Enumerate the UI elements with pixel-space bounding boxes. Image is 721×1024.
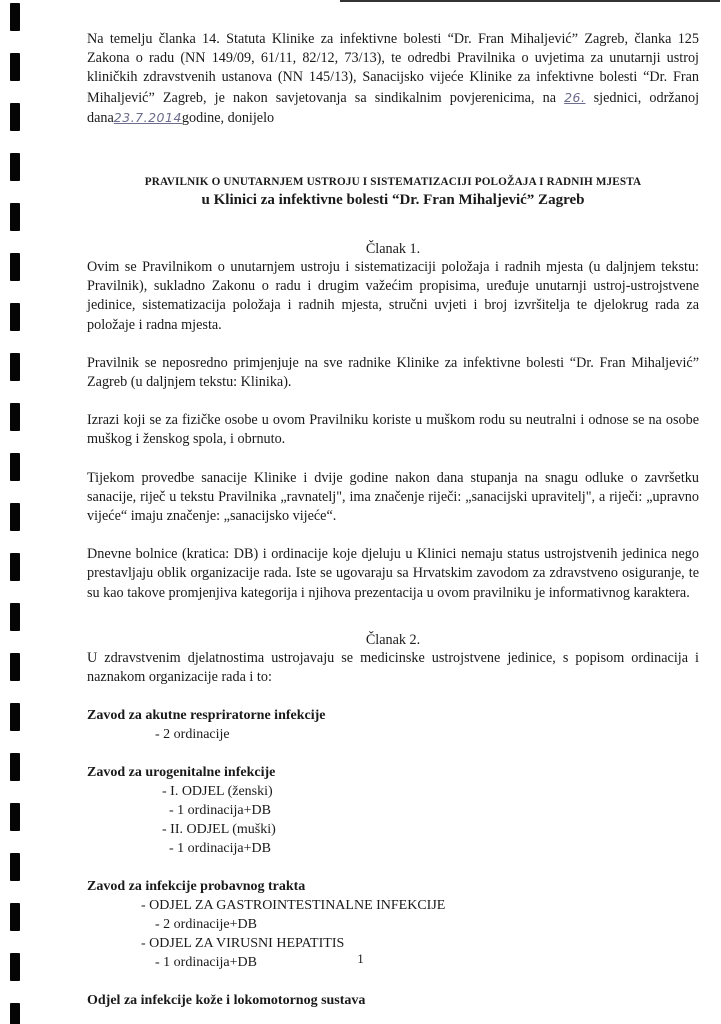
unit-name: Zavod za infekcije probavnog trakta [87,877,699,896]
preamble: Na temelju članka 14. Statuta Klinike za… [87,30,699,128]
binding-mark [10,153,20,181]
binding-mark [10,453,20,481]
binding-mark [10,803,20,831]
article-2-title: Članak 2. [87,631,699,649]
article-1-paragraph: Pravilnik se neposredno primjenjuje na s… [87,354,699,392]
binding-mark [10,253,20,281]
binding-mark [10,753,20,781]
article-1-paragraph: Tijekom provedbe sanacije Klinike i dvij… [87,469,699,527]
unit-detail: - 1 ordinacija+DB [87,801,699,820]
binding-mark [10,353,20,381]
unit-detail: - 1 ordinacija+DB [87,839,699,858]
article-1-title: Članak 1. [87,240,699,258]
unit-block: Zavod za akutne respriratorne infekcije-… [87,706,699,744]
unit-block: Zavod za urogenitalne infekcije- I. ODJE… [87,763,699,858]
unit-name: Odjel za infekcije kože i lokomotornog s… [87,991,699,1010]
preamble-text-3: godine, donijelo [182,110,274,126]
binding-mark [10,503,20,531]
article-1-paragraph: Izrazi koji se za fizičke osobe u ovom P… [87,411,699,449]
unit-detail: - ODJEL ZA GASTROINTESTINALNE INFEKCIJE [87,896,699,915]
binding-marks [0,0,30,1024]
document-page: Na temelju članka 14. Statuta Klinike za… [87,30,699,1010]
handwritten-session-number: 26. [564,90,585,105]
binding-mark [10,903,20,931]
unit-block: Odjel za infekcije kože i lokomotornog s… [87,991,699,1010]
binding-mark [10,203,20,231]
unit-detail: - II. ODJEL (muški) [87,820,699,839]
unit-name: Zavod za akutne respriratorne infekcije [87,706,699,725]
binding-mark [10,403,20,431]
page-number: 1 [0,951,721,967]
binding-mark [10,553,20,581]
article-1-paragraph: Dnevne bolnice (kratica: DB) i ordinacij… [87,545,699,603]
binding-mark [10,603,20,631]
unit-detail: - I. ODJEL (ženski) [87,782,699,801]
document-subtitle: u Klinici za infektivne bolesti “Dr. Fra… [87,191,699,210]
article-1-paragraph: Ovim se Pravilnikom o unutarnjem ustroju… [87,258,699,335]
unit-detail: - 2 ordinacije [87,725,699,744]
article-2-intro: U zdravstvenim djelatnostima ustrojavaju… [87,649,699,687]
unit-detail: - 2 ordinacije+DB [87,915,699,934]
binding-mark [10,853,20,881]
handwritten-date: 23.7.2014 [114,110,182,125]
binding-mark [10,653,20,681]
binding-mark [10,703,20,731]
binding-mark [10,103,20,131]
binding-mark [10,53,20,81]
binding-mark [10,3,20,31]
binding-mark [10,303,20,331]
unit-name: Zavod za urogenitalne infekcije [87,763,699,782]
scan-top-edge [340,0,720,2]
document-title: PRAVILNIK O UNUTARNJEM USTROJU I SISTEMA… [87,174,699,191]
binding-mark [10,1003,20,1024]
